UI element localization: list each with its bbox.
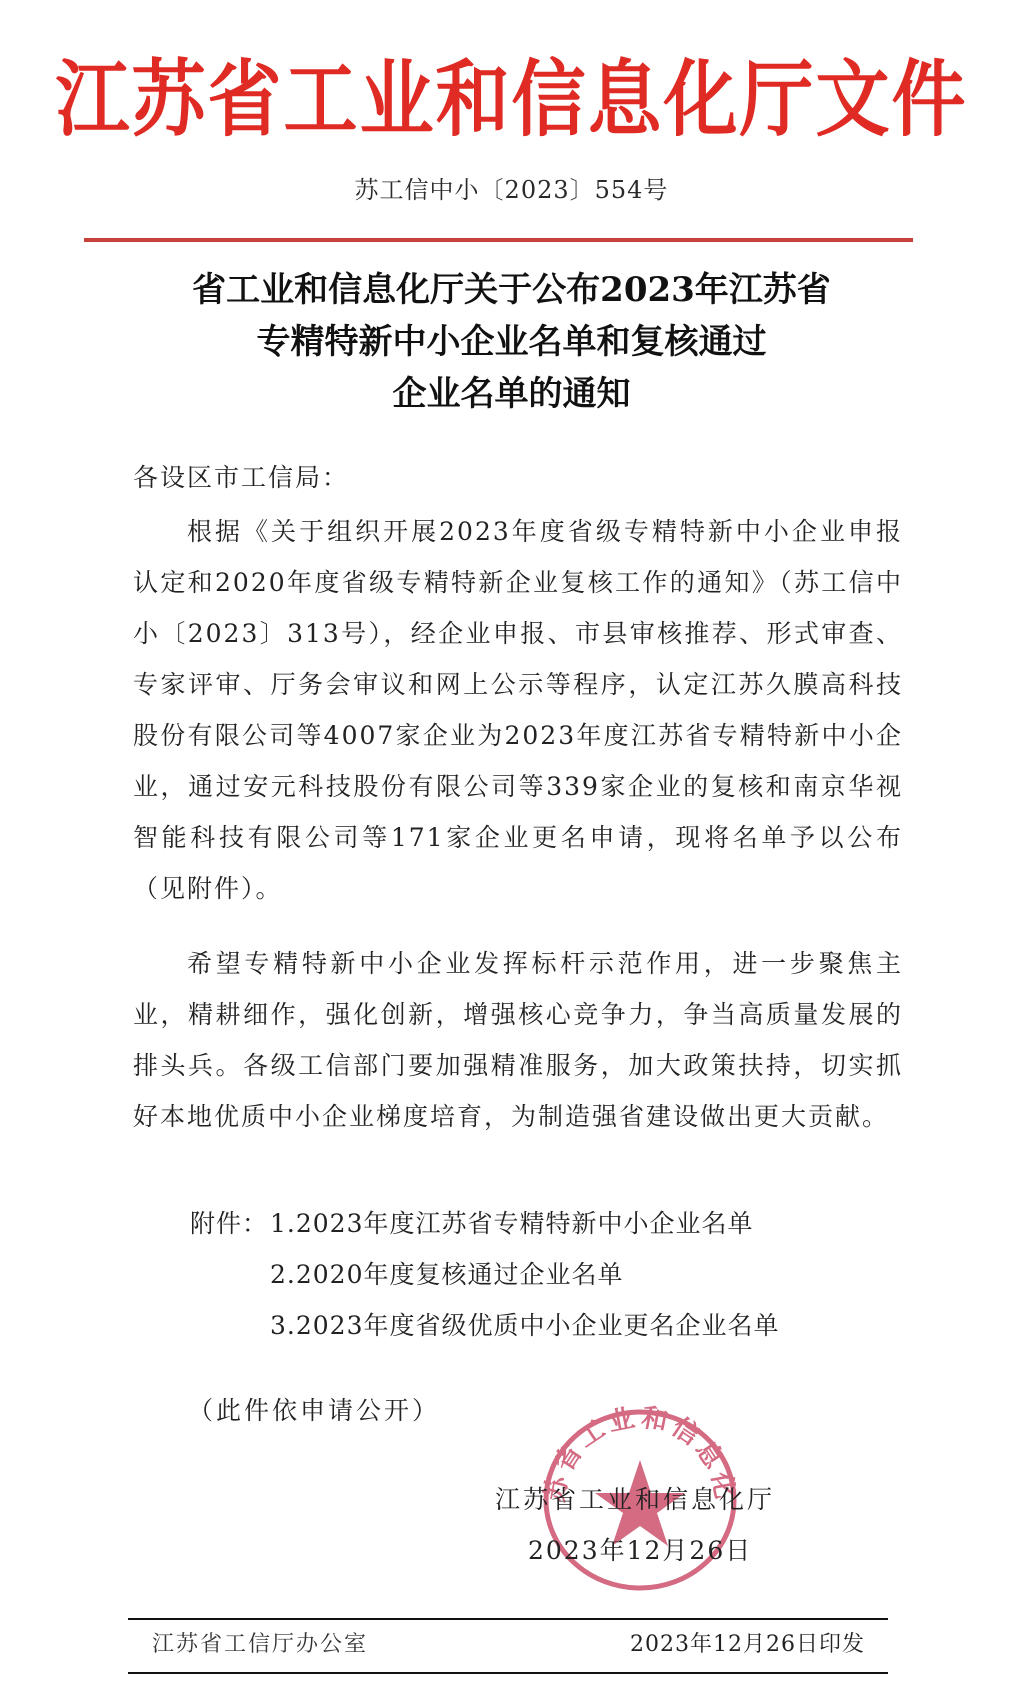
notice-title-line-2: 专精特新中小企业名单和复核通过: [0, 316, 1023, 368]
attachments-list: 附件： 1.2023年度江苏省专精特新中小企业名单 2.2020年度复核通过企业…: [190, 1198, 890, 1351]
notice-title-line-1: 省工业和信息化厅关于公布2023年江苏省: [0, 264, 1023, 316]
document-number: 苏工信中小〔2023〕554号: [0, 172, 1023, 208]
signing-date: 2023年12月26日: [528, 1533, 752, 1569]
attachment-row-1: 附件： 1.2023年度江苏省专精特新中小企业名单: [190, 1198, 890, 1249]
disclosure-note: （此件依申请公开）: [188, 1393, 440, 1429]
body-paragraph-2: 希望专精特新中小企业发挥标杆示范作用，进一步聚焦主业，精耕细作，强化创新，增强核…: [133, 938, 903, 1142]
attachment-item[interactable]: 2.2020年度复核通过企业名单: [270, 1249, 623, 1300]
issuer-title: 江苏省工业和信息化厅文件: [0, 44, 1023, 156]
salutation: 各设区市工信局：: [133, 460, 903, 496]
notice-title: 省工业和信息化厅关于公布2023年江苏省 专精特新中小企业名单和复核通过 企业名…: [0, 264, 1023, 420]
body-paragraph-1: 根据《关于组织开展2023年度省级专精特新中小企业申报认定和2020年度省级专精…: [133, 506, 903, 914]
attachment-item[interactable]: 3.2023年度省级优质中小企业更名企业名单: [270, 1300, 779, 1351]
footer-top-rule: [128, 1618, 888, 1620]
notice-title-line-3: 企业名单的通知: [0, 368, 1023, 420]
attachments-label: 附件：: [190, 1198, 270, 1249]
footer-bottom-rule: [128, 1672, 888, 1674]
attachment-item[interactable]: 1.2023年度江苏省专精特新中小企业名单: [270, 1198, 753, 1249]
attachment-row-3: 3.2023年度省级优质中小企业更名企业名单: [190, 1300, 890, 1351]
red-divider: [84, 238, 913, 242]
attachment-row-2: 2.2020年度复核通过企业名单: [190, 1249, 890, 1300]
signing-organization: 江苏省工业和信息化厅: [495, 1482, 775, 1518]
issuing-office: 江苏省工信厅办公室: [152, 1628, 368, 1662]
print-date: 2023年12月26日印发: [630, 1628, 865, 1662]
